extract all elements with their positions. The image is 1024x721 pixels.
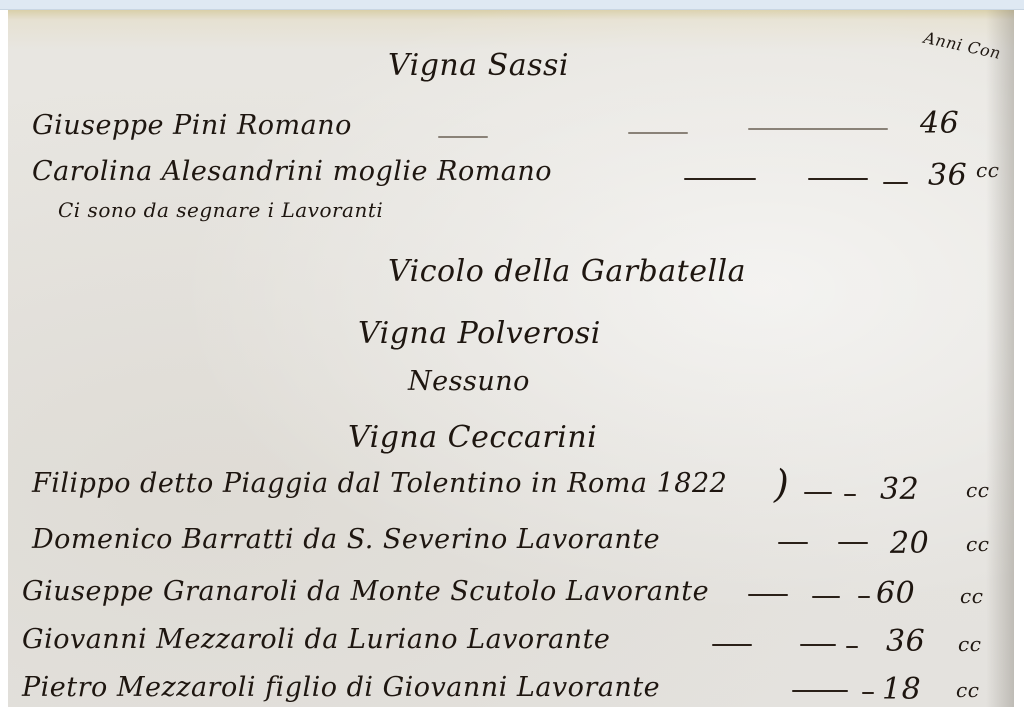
entry-ditto-mark: cc bbox=[958, 632, 981, 656]
column-header-anni: Anni Con bbox=[922, 28, 1003, 63]
leader-dash bbox=[862, 692, 874, 694]
section-heading-vigna-ceccarini: Vigna Ceccarini bbox=[348, 420, 597, 455]
entry-ditto-mark: cc bbox=[966, 478, 989, 502]
leader-dash bbox=[712, 644, 752, 646]
section-heading-vigna-sassi: Vigna Sassi bbox=[388, 48, 569, 83]
entry-age: 36 bbox=[928, 158, 967, 193]
leader-dash bbox=[748, 594, 788, 596]
leader-dash bbox=[812, 596, 840, 598]
entry-age: 46 bbox=[920, 106, 959, 141]
bracket: ) bbox=[774, 462, 789, 506]
section-heading-vigna-polverosi: Vigna Polverosi bbox=[358, 316, 601, 351]
entry-ditto-mark: cc bbox=[960, 584, 983, 608]
leader-dash bbox=[883, 182, 908, 184]
entry-ditto-mark: cc bbox=[966, 532, 989, 556]
entry-name: Carolina Alesandrini moglie Romano bbox=[32, 156, 552, 187]
leader-dash bbox=[804, 492, 832, 494]
entry-name: Giovanni Mezzaroli da Luriano Lavorante bbox=[22, 624, 610, 655]
section-note-nessuno: Nessuno bbox=[408, 366, 530, 397]
viewer-top-bar bbox=[0, 0, 1024, 10]
leader-dash bbox=[844, 494, 856, 496]
leader-dash bbox=[846, 646, 858, 648]
entry-name: Giuseppe Pini Romano bbox=[32, 110, 352, 141]
entry-name: Pietro Mezzaroli figlio di Giovanni Lavo… bbox=[22, 672, 660, 703]
entry-age: 32 bbox=[880, 472, 919, 507]
section-heading-vicolo-garbatella: Vicolo della Garbatella bbox=[388, 254, 746, 289]
entry-age: 20 bbox=[890, 526, 929, 561]
entry-name: Giuseppe Granaroli da Monte Scutolo Lavo… bbox=[22, 576, 709, 607]
entry-name: Domenico Barratti da S. Severino Lavoran… bbox=[32, 524, 660, 555]
manuscript-page: Anni Con Vigna Sassi Giuseppe Pini Roman… bbox=[8, 10, 1014, 707]
leader-dash bbox=[792, 690, 848, 692]
entry-age: 36 bbox=[886, 624, 925, 659]
leader-dash bbox=[438, 136, 488, 138]
entry-ditto-mark: cc bbox=[976, 158, 999, 182]
leader-dash bbox=[778, 542, 808, 544]
leader-dash bbox=[684, 178, 756, 180]
leader-dash bbox=[808, 178, 868, 180]
leader-dash bbox=[800, 644, 836, 646]
leader-dash bbox=[748, 128, 888, 130]
section-note: Ci sono da segnare i Lavoranti bbox=[58, 198, 383, 222]
entry-age: 60 bbox=[876, 576, 915, 611]
entry-name: Filippo detto Piaggia dal Tolentino in R… bbox=[32, 468, 727, 499]
leader-dash bbox=[838, 542, 868, 544]
entry-ditto-mark: cc bbox=[956, 678, 979, 702]
viewer-bottom-margin bbox=[0, 707, 1024, 721]
entry-age: 18 bbox=[882, 672, 921, 707]
leader-dash bbox=[628, 132, 688, 134]
leader-dash bbox=[858, 596, 870, 598]
